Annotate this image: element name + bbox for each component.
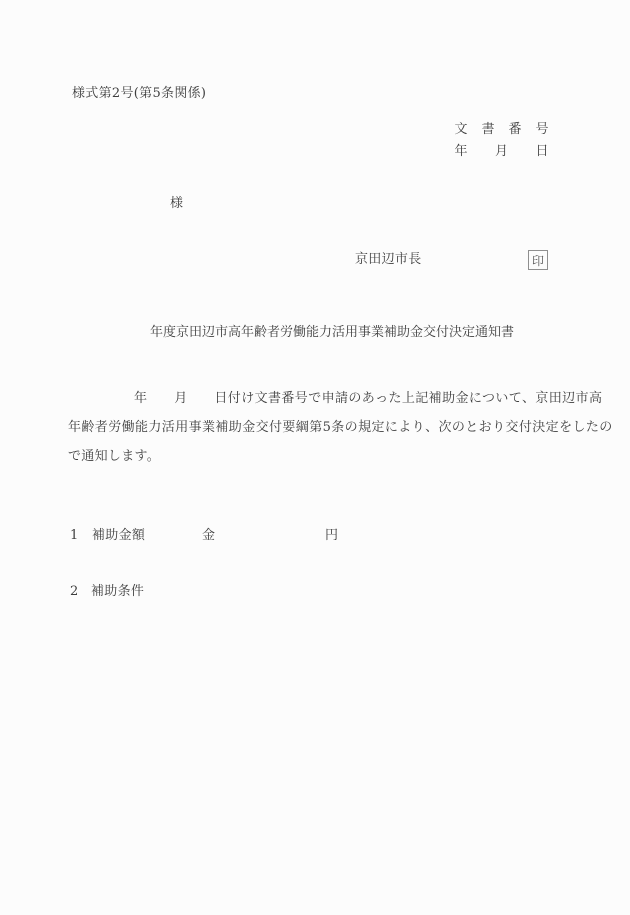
- seal-mark: 印: [532, 252, 544, 269]
- document-page: 様式第2号(第5条関係) 文 書 番 号 年 月 日 様 京田辺市長 印 年度京…: [0, 0, 630, 915]
- item-1-amount-suffix: 円: [325, 528, 338, 543]
- item-1-label: 補助金額: [92, 528, 145, 543]
- letterhead: 文 書 番 号 年 月 日: [454, 119, 549, 162]
- official-seal-box: 印: [528, 250, 548, 270]
- addressee-honorific: 様: [170, 196, 183, 211]
- body-paragraph-line-3: で通知します。: [68, 449, 160, 464]
- form-number: 様式第2号(第5条関係): [72, 86, 206, 101]
- sender-title: 京田辺市長: [355, 252, 422, 267]
- doc-number-label: 文 書 番 号: [454, 119, 549, 141]
- item-2-number: 2: [70, 584, 79, 599]
- item-1-amount-prefix: 金: [202, 528, 215, 543]
- date-label: 年 月 日: [454, 141, 549, 163]
- document-title: 年度京田辺市高年齢者労働能力活用事業補助金交付決定通知書: [150, 325, 514, 340]
- item-1-number: 1: [70, 528, 79, 543]
- body-paragraph-line-2: 年齢者労働能力活用事業補助金交付要綱第5条の規定により、次のとおり交付決定をした…: [68, 420, 613, 435]
- body-paragraph-line-1: 年 月 日付け文書番号で申請のあった上記補助金について、京田辺市高: [134, 391, 602, 406]
- item-2-label: 補助条件: [91, 584, 144, 599]
